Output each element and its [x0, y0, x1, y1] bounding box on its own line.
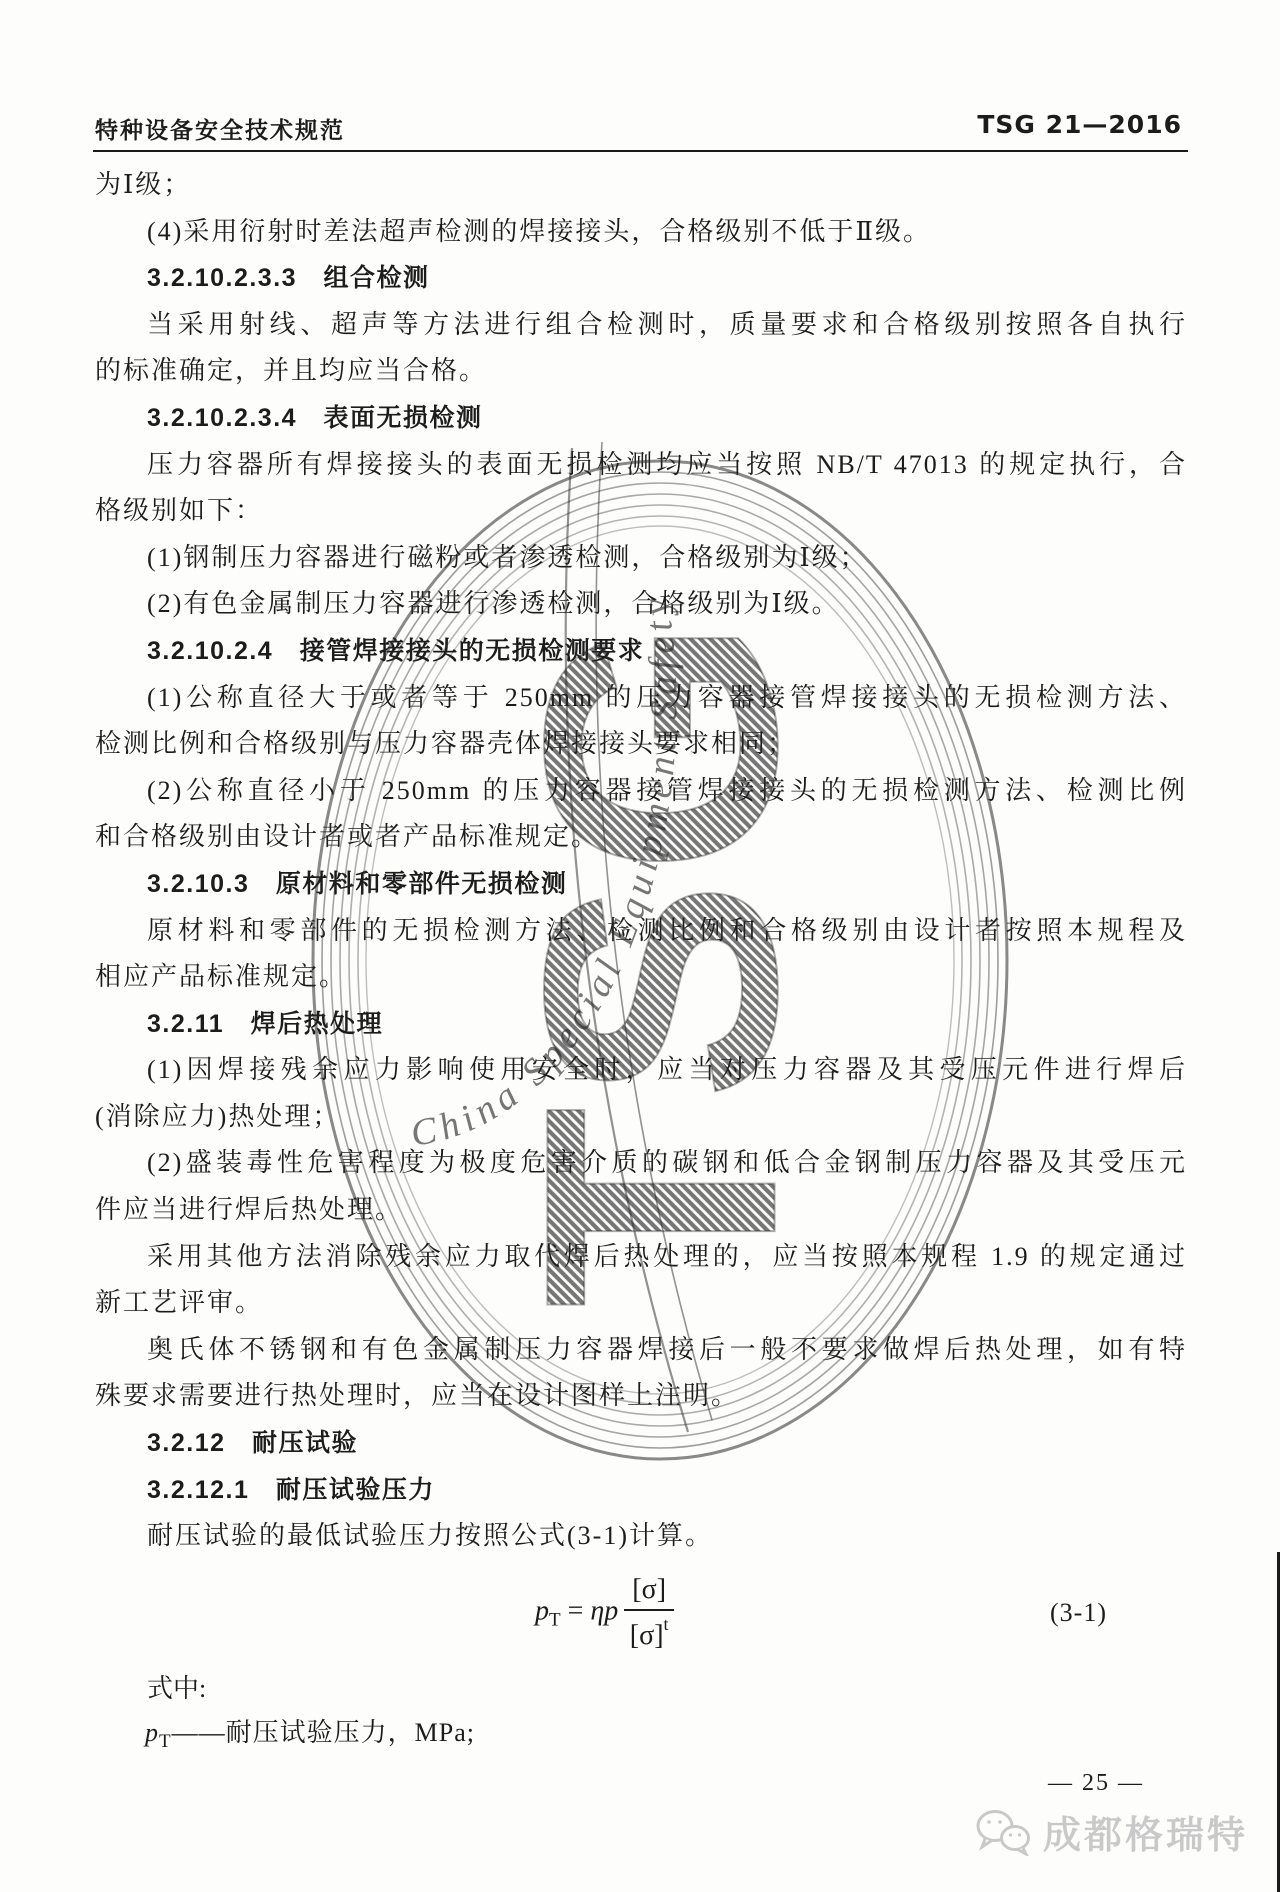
- text-line: 相应产品标准规定。: [95, 954, 1187, 1001]
- page-number: — 25 —: [1048, 1770, 1144, 1797]
- text-line: 3.2.10.2.3.4 表面无损检测: [95, 395, 1187, 442]
- text-line: (1)因焊接残余应力影响使用安全时，应当对压力容器及其受压元件进行焊后: [95, 1047, 1187, 1094]
- brand-name: 成都格瑞特: [1043, 1804, 1248, 1859]
- text-line: (4)采用衍射时差法超声检测的焊接接头，合格级别不低于Ⅱ级。: [95, 209, 1187, 256]
- formula-coefficient: ηp: [590, 1595, 618, 1626]
- document-body: 为Ⅰ级；(4)采用衍射时差法超声检测的焊接接头，合格级别不低于Ⅱ级。3.2.10…: [95, 162, 1187, 1560]
- symbol-p: p: [145, 1718, 159, 1747]
- text-line: (消除应力)热处理；: [95, 1094, 1187, 1141]
- header-rule: [93, 150, 1188, 152]
- text-line: (2)盛装毒性危害程度为极度危害介质的碳钢和低合金钢制压力容器及其受压元: [95, 1140, 1187, 1187]
- text-line: 3.2.10.3 原材料和零部件无损检测: [95, 861, 1187, 908]
- symbol-dash: ——: [172, 1718, 226, 1747]
- text-line: 殊要求需要进行热处理时，应当在设计图样上注明。: [95, 1373, 1187, 1420]
- text-line: 的标准确定，并且均应当合格。: [95, 348, 1187, 395]
- text-line: 格级别如下：: [95, 488, 1187, 535]
- text-line: 压力容器所有焊接接头的表面无损检测均应当按照 NB/T 47013 的规定执行，…: [95, 442, 1187, 489]
- text-line: (1)钢制压力容器进行磁粉或者渗透检测，合格级别为Ⅰ级；: [95, 535, 1187, 582]
- text-line: 采用其他方法消除残余应力取代焊后热处理的，应当按照本规程 1.9 的规定通过: [95, 1234, 1187, 1281]
- text-line: 为Ⅰ级；: [95, 162, 1187, 209]
- symbol-definition-line: pT——耐压试验压力，MPa;: [145, 1712, 475, 1753]
- symbol-description: 耐压试验压力，MPa;: [226, 1718, 475, 1747]
- text-line: 耐压试验的最低试验压力按照公式(3-1)计算。: [95, 1513, 1187, 1560]
- formula-fraction: [σ][σ]t: [624, 1574, 674, 1652]
- text-line: 检测比例和合格级别与压力容器壳体焊接接头要求相同；: [95, 721, 1187, 768]
- pressure-test-formula: pT = ηp[σ][σ]t: [535, 1574, 674, 1652]
- header-doc-code: TSG 21—2016: [977, 110, 1182, 139]
- text-line: 和合格级别由设计者或者产品标准规定。: [95, 814, 1187, 861]
- text-line: 当采用射线、超声等方法进行组合检测时，质量要求和合格级别按照各自执行: [95, 302, 1187, 349]
- symbol-subscript: T: [159, 1731, 172, 1752]
- formula-numerator: [σ]: [624, 1574, 674, 1611]
- wechat-icon: [975, 1808, 1033, 1856]
- text-line: 3.2.10.2.4 接管焊接接头的无损检测要求: [95, 628, 1187, 675]
- brand-watermark: 成都格瑞特: [975, 1804, 1248, 1859]
- text-line: (1)公称直径大于或者等于 250mm 的压力容器接管焊接接头的无损检测方法、: [95, 675, 1187, 722]
- text-line: 新工艺评审。: [95, 1280, 1187, 1327]
- text-line: (2)有色金属制压力容器进行渗透检测，合格级别为Ⅰ级。: [95, 581, 1187, 628]
- text-line: 奥氏体不锈钢和有色金属制压力容器焊接后一般不要求做焊后热处理，如有特: [95, 1327, 1187, 1374]
- header-spec-title: 特种设备安全技术规范: [95, 112, 345, 145]
- formula-lhs: p: [535, 1595, 549, 1626]
- text-line: 3.2.12.1 耐压试验压力: [95, 1467, 1187, 1514]
- text-line: (2)公称直径小于 250mm 的压力容器接管焊接接头的无损检测方法、检测比例: [95, 768, 1187, 815]
- text-line: 件应当进行焊后热处理。: [95, 1187, 1187, 1234]
- formula-denominator-sup: t: [664, 1614, 669, 1634]
- text-line: 3.2.12 耐压试验: [95, 1420, 1187, 1467]
- formula-lhs-subscript: T: [549, 1609, 561, 1630]
- text-line: 3.2.10.2.3.3 组合检测: [95, 255, 1187, 302]
- where-clause-label: 式中:: [147, 1668, 206, 1705]
- text-line: 原材料和零部件的无损检测方法、检测比例和合格级别由设计者按照本规程及: [95, 908, 1187, 955]
- formula-equals: =: [568, 1595, 584, 1626]
- text-line: 3.2.11 焊后热处理: [95, 1001, 1187, 1048]
- formula-denominator: [σ]t: [624, 1611, 674, 1652]
- formula-number-label: (3-1): [1050, 1598, 1107, 1628]
- formula-row: pT = ηp[σ][σ]t (3-1): [95, 1566, 1187, 1676]
